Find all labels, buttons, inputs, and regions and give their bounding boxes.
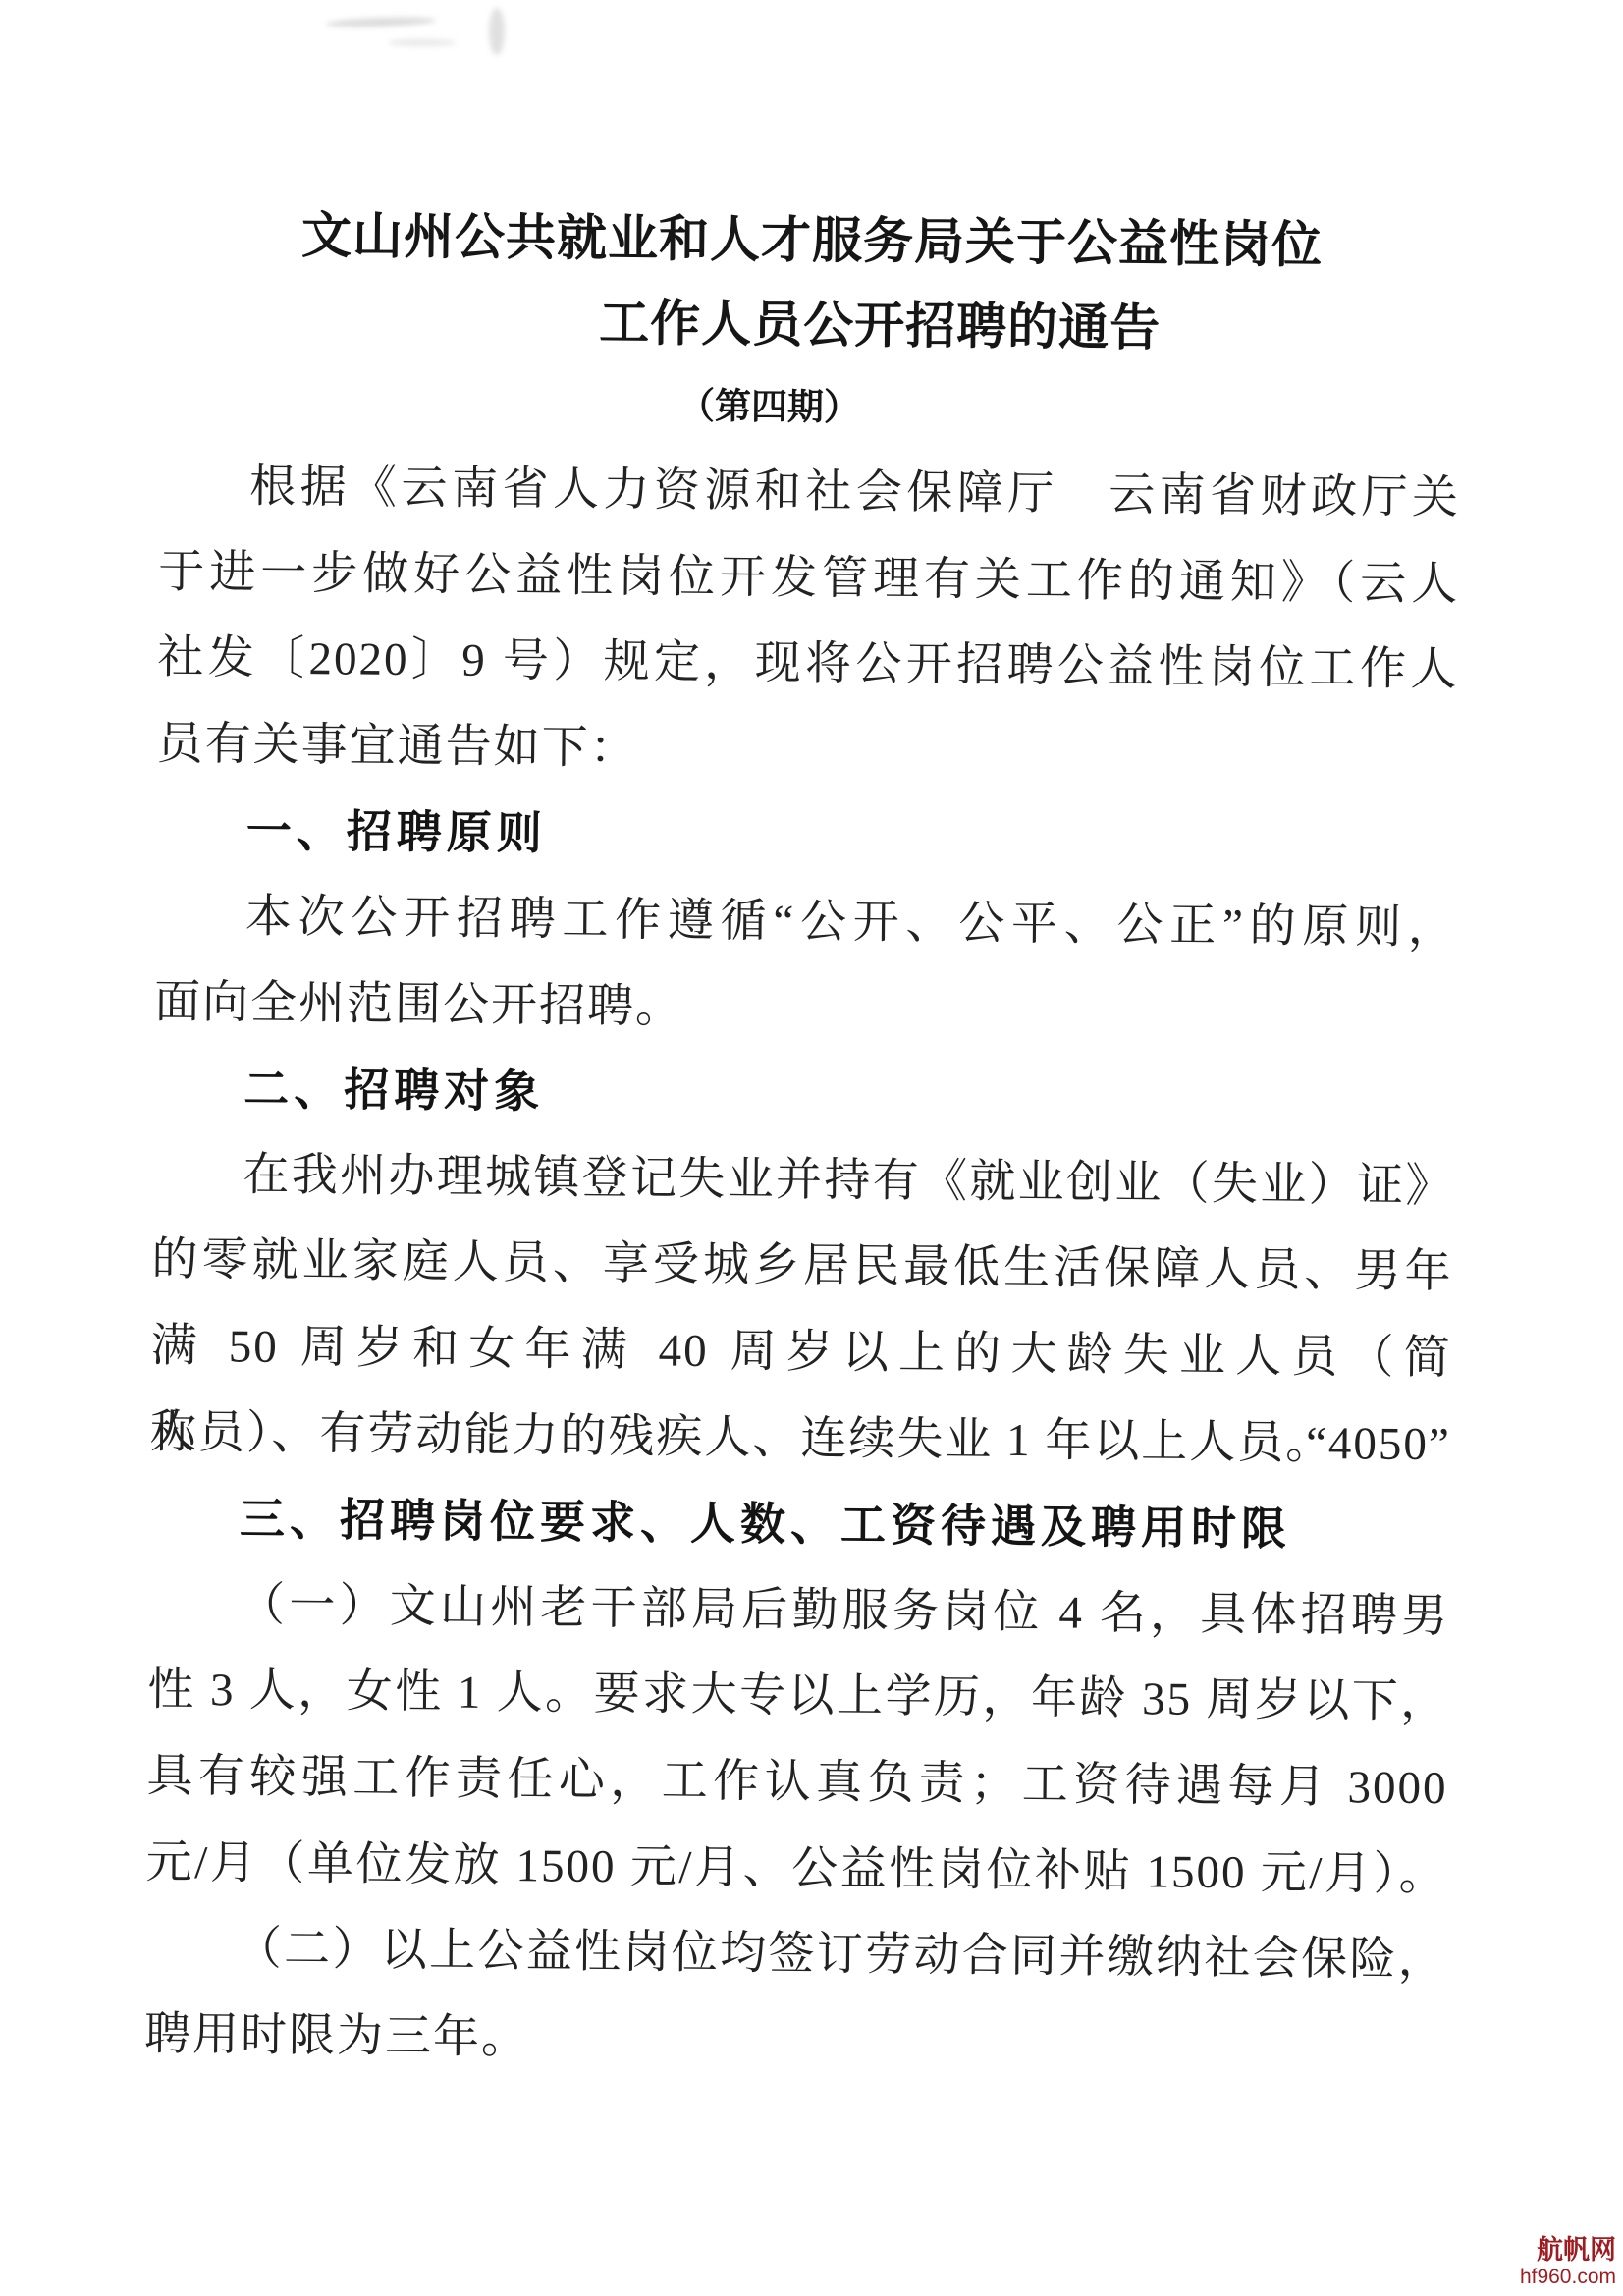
notice-title-line1: 文山州公共就业和人才服务局关于公益性岗位 bbox=[161, 192, 1463, 292]
notice-text-line: （二）以上公益性岗位均签订劳动合同并缴纳社会保险， bbox=[144, 1906, 1446, 2004]
notice-body-lines: 根据《云南省人力资源和社会保障厅 云南省财政厅关于进一步做好公益性岗位开发管理有… bbox=[144, 444, 1461, 2091]
notice-text-line: 人员）、有劳动能力的残疾人、连续失业 1 年以上人员。 bbox=[149, 1390, 1451, 1488]
notice-text-line: 元/月（单位发放 1500 元/月、公益性岗位补贴 1500 元/月）。 bbox=[145, 1820, 1447, 1918]
notice-text-line: 一、招聘原则 bbox=[155, 788, 1457, 886]
notice-text-line: 聘用时限为三年。 bbox=[144, 1992, 1446, 2090]
notice-title-line2: 工作人员公开招聘的通告 bbox=[229, 279, 1531, 374]
notice-document: 文山州公共就业和人才服务局关于公益性岗位 工作人员公开招聘的通告 （第四期） 根… bbox=[144, 192, 1463, 2091]
notice-text-line: 的零就业家庭人员、享受城乡居民最低生活保障人员、男年 bbox=[151, 1218, 1453, 1316]
watermark-site-name: 航帆网 bbox=[1520, 2236, 1616, 2266]
notice-text-line: 社发〔2020〕9 号）规定，现将公开招聘公益性岗位工作人 bbox=[157, 616, 1459, 714]
notice-text-line: 三、招聘岗位要求、人数、工资待遇及聘用时限 bbox=[149, 1476, 1451, 1574]
notice-text-line: 满 50 周岁和女年满 40 周岁以上的大龄失业人员（简称“4050” bbox=[150, 1304, 1452, 1402]
notice-text-line: 于进一步做好公益性岗位开发管理有关工作的通知》（云人 bbox=[158, 529, 1460, 628]
document-page: 文山州公共就业和人才服务局关于公益性岗位 工作人员公开招聘的通告 （第四期） 根… bbox=[0, 0, 1623, 2296]
notice-text-line: （一）文山州老干部局后勤服务岗位 4 名，具体招聘男 bbox=[148, 1561, 1450, 1660]
scan-smudge bbox=[326, 16, 436, 28]
notice-text-line: 面向全州范围公开招聘。 bbox=[154, 959, 1456, 1058]
scan-smudge bbox=[388, 39, 457, 46]
notice-issue-number: （第四期） bbox=[119, 360, 1421, 456]
scan-smudge bbox=[489, 8, 505, 55]
notice-text-line: 本次公开招聘工作遵循“公开、公平、公正”的原则， bbox=[154, 874, 1456, 972]
notice-text-line: 性 3 人，女性 1 人。要求大专以上学历，年龄 35 周岁以下， bbox=[147, 1648, 1449, 1746]
notice-text-line: 在我州办理城镇登记失业并持有《就业创业（失业）证》 bbox=[152, 1131, 1454, 1230]
notice-text-line: 具有较强工作责任心，工作认真负责；工资待遇每月 3000 bbox=[146, 1733, 1448, 1831]
watermark: 航帆网 hf960.com bbox=[1520, 2236, 1616, 2288]
notice-text-line: 员有关事宜通告如下： bbox=[156, 701, 1458, 799]
notice-text-line: 根据《云南省人力资源和社会保障厅 云南省财政厅关 bbox=[159, 444, 1461, 542]
watermark-site-url: hf960.com bbox=[1520, 2266, 1616, 2288]
notice-text-line: 二、招聘对象 bbox=[153, 1046, 1455, 1144]
